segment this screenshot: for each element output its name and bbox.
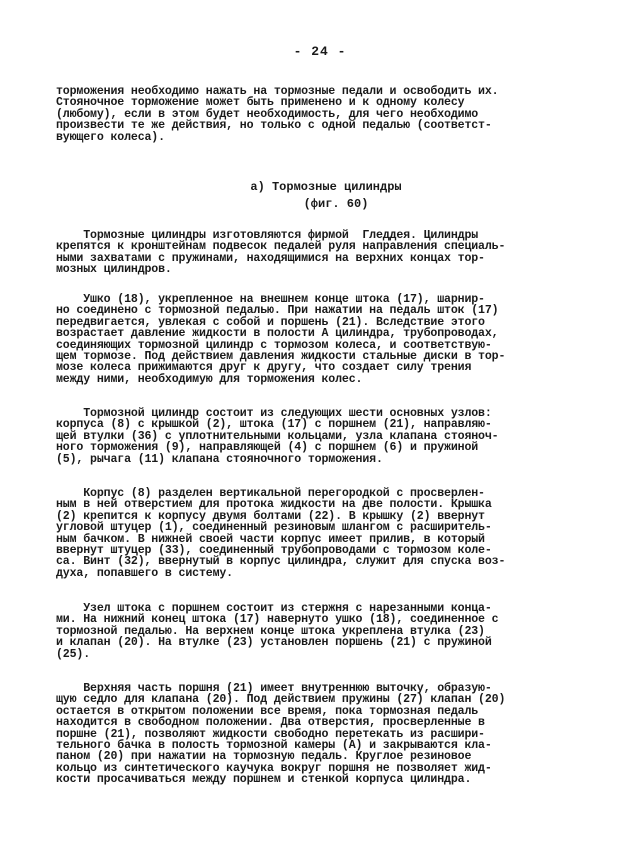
paragraph-5: Узел штока с поршнем состоит из стержня … <box>56 603 576 660</box>
section-figure-ref: (фиг. 60) <box>0 197 640 212</box>
document-page: - 24 - торможения необходимо нажать на т… <box>0 0 640 864</box>
paragraph-3: Тормозной цилиндр состоит из следующих ш… <box>56 408 576 465</box>
paragraph-2: Ушко (18), укрепленное на внешнем конце … <box>56 294 576 385</box>
section-title: а) Тормозные цилиндры <box>0 180 640 195</box>
paragraph-1: Тормозные цилиндры изготовляются фирмой … <box>56 230 576 276</box>
paragraph-4: Корпус (8) разделен вертикальной перегор… <box>56 488 576 579</box>
intro-paragraph: торможения необходимо нажать на тормозны… <box>56 86 576 143</box>
page-number: - 24 - <box>0 44 640 59</box>
paragraph-6: Верхняя часть поршня (21) имеет внутренн… <box>56 683 576 786</box>
